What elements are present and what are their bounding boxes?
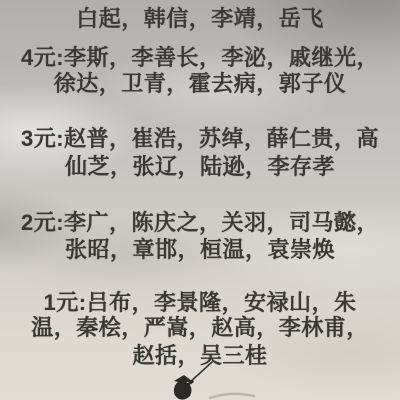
tier-3yuan-line-2: 仙芝，张辽，陆逊，李存孝 — [0, 150, 400, 181]
ink-wash-price-list-image: 白起，韩信，李靖，岳飞 4元:李斯，李善长，李泌，戚继光， 徐达，卫青，霍去病，… — [0, 0, 400, 400]
tier-1yuan-line-2: 温，秦桧，严嵩，赵高，李林甫， — [0, 311, 400, 342]
tier-5yuan-names-line: 白起，韩信，李靖，岳飞 — [0, 2, 400, 33]
tier-2yuan-line-2: 张昭，章邯，桓温，袁崇焕 — [0, 233, 400, 264]
ink-fisherman-icon — [150, 358, 280, 400]
tier-4yuan-line-2: 徐达，卫青，霍去病，郭子仪 — [0, 67, 400, 98]
tier-3yuan-line-1: 3元:赵普，崔浩，苏绰，薛仁贵，高 — [0, 122, 400, 153]
